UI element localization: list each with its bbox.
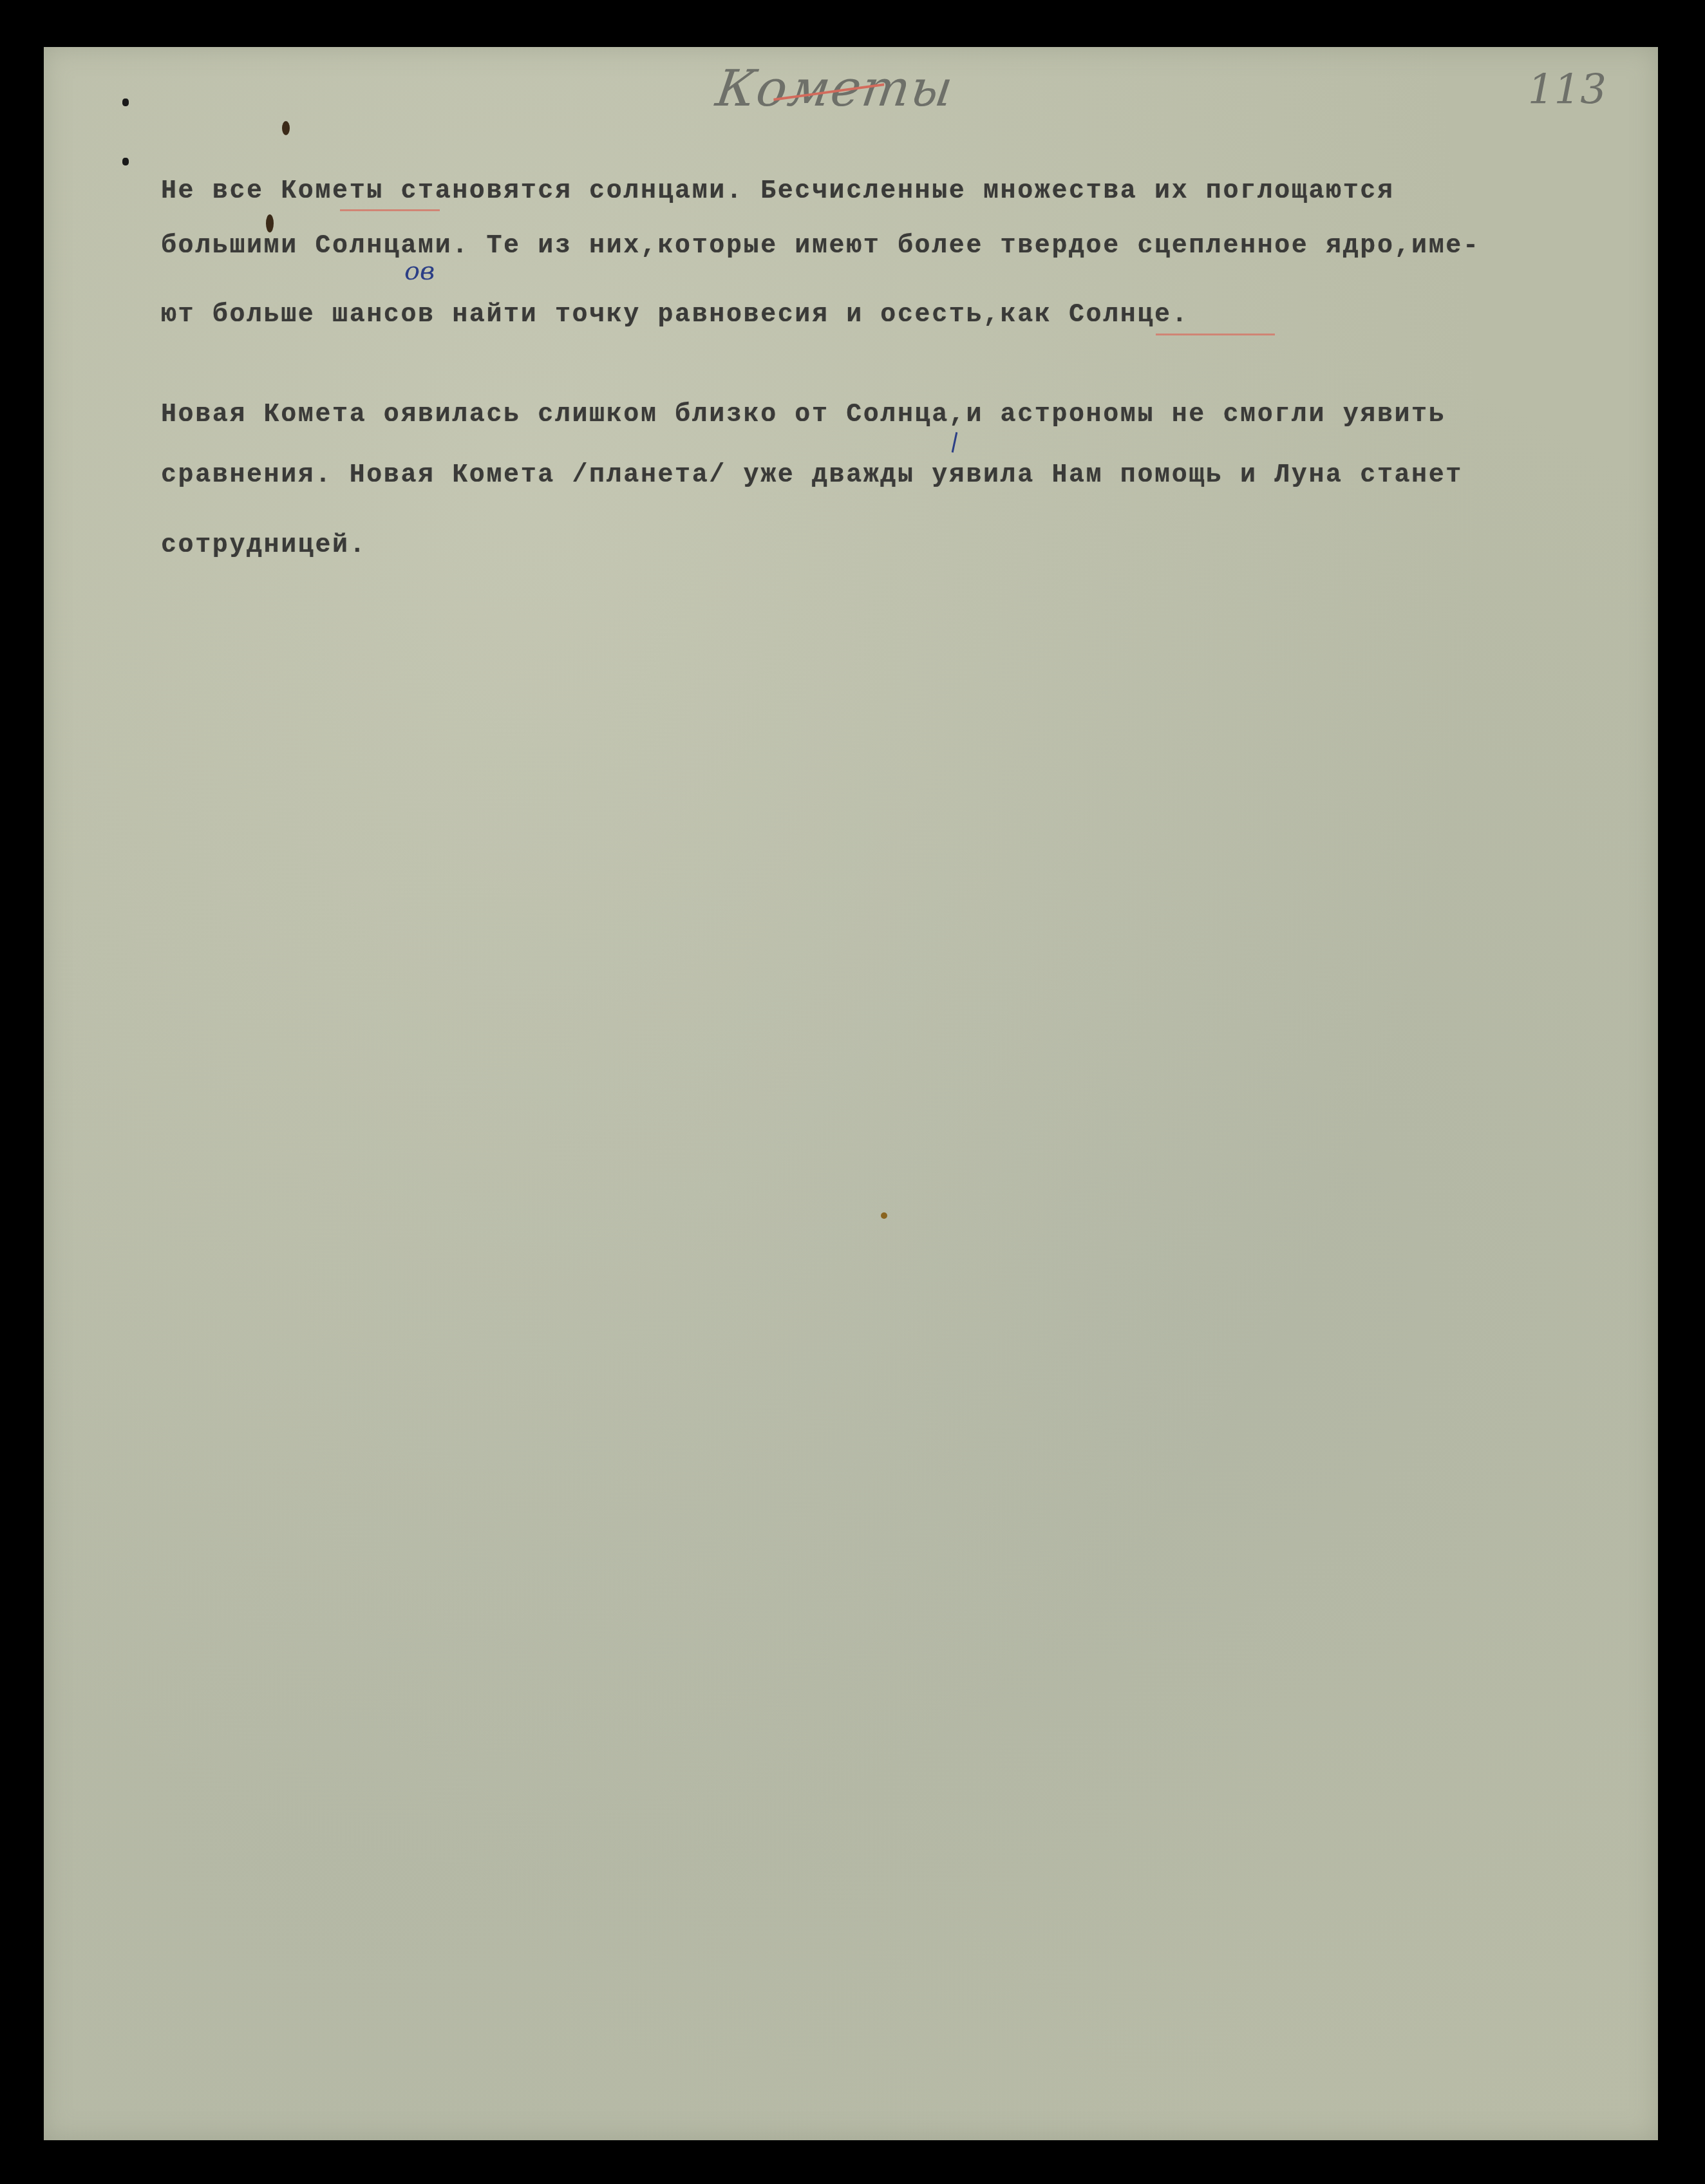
paragraph-2-line-1: Новая Комета оявилась слишком близко от … bbox=[161, 402, 1446, 428]
paragraph-1-line-3: ют больше шансов найти точку равновесия … bbox=[161, 303, 1189, 328]
paragraph-1-line-1: Не все Кометы становятся солнцами. Бесчи… bbox=[161, 179, 1394, 205]
paragraph-2-line-2: сравнения. Новая Комета /планета/ уже дв… bbox=[161, 463, 1463, 489]
punch-mark bbox=[122, 158, 129, 165]
paragraph-1-line-2: большими Солнцами. Те из них,которые име… bbox=[161, 234, 1480, 259]
page-number: 113 bbox=[1528, 66, 1606, 114]
ink-blot bbox=[282, 121, 290, 135]
red-underline bbox=[1156, 334, 1275, 335]
ink-blot bbox=[266, 214, 274, 232]
heading-text: Кометы bbox=[713, 60, 957, 118]
blue-comma-mark bbox=[952, 432, 958, 453]
handwritten-correction: ов bbox=[404, 256, 435, 286]
document-page: Кометы 113 Не все Кометы становятся солн… bbox=[44, 47, 1658, 2140]
punch-mark bbox=[122, 99, 129, 106]
handwritten-heading: Кометы bbox=[713, 60, 957, 118]
red-underline bbox=[340, 209, 440, 211]
stain-spot bbox=[881, 1212, 887, 1219]
paragraph-2-line-3: сотрудницей. bbox=[161, 533, 366, 559]
